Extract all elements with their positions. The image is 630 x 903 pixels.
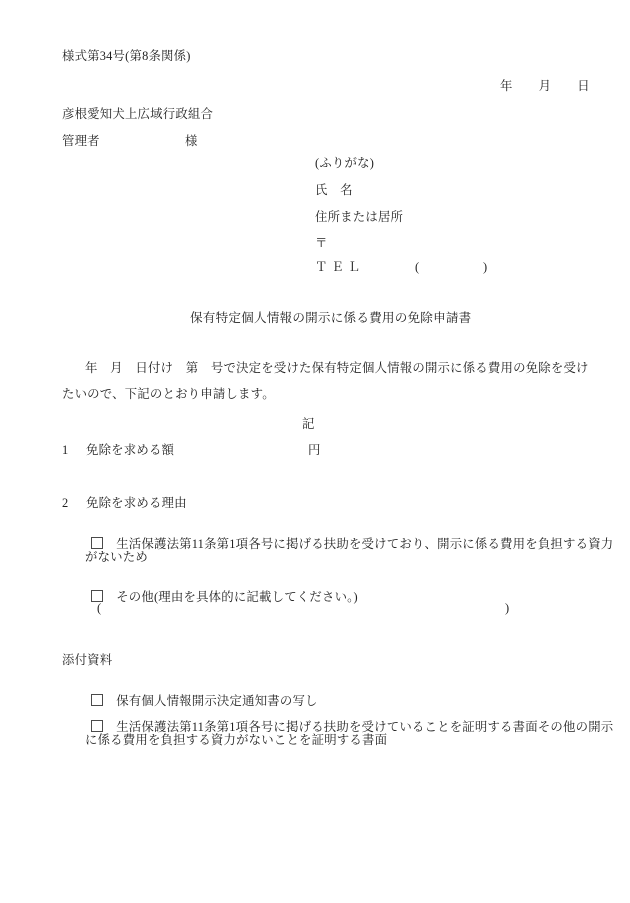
addressee-org: 彦根愛知犬上広域行政組合 (62, 107, 213, 121)
reason-detail-paren-close: ) (505, 601, 509, 615)
date-day-label: 日 (577, 79, 590, 93)
reason-option-welfare: 生活保護法第11条第1項各号に掲げる扶助を受けており、開示に係る費用を負担する資… (78, 523, 613, 565)
body-line-1: 年 月 日付け 第 号で決定を受けた保有特定個人情報の開示に係る費用の免除を受け (85, 361, 589, 375)
item1-label: 免除を求める額 (86, 443, 174, 457)
attachment-proof-text-line2: に係る費用を負担する資力がないことを証明する書面 (85, 733, 387, 747)
attachment-proof-text-line1: 生活保護法第11条第1項各号に掲げる扶助を受けていることを証明する書面その他の開… (116, 720, 613, 734)
tel-paren-close: ) (483, 260, 487, 274)
document-title: 保有特定個人情報の開示に係る費用の免除申請書 (190, 311, 471, 325)
form-number: 様式第34号(第8条関係) (62, 49, 191, 63)
address-label: 住所または居所 (315, 210, 403, 224)
other-reason-text: その他(理由を具体的に記載してください。) (116, 590, 358, 604)
addressee-role: 管理者 (62, 134, 100, 148)
item2-number: 2 (62, 496, 68, 510)
welfare-reason-text-line1: 生活保護法第11条第1項各号に掲げる扶助を受けており、開示に係る費用を負担する資… (116, 537, 613, 551)
furigana-label: (ふりがな) (315, 156, 374, 170)
name-label: 氏 名 (315, 183, 353, 197)
postal-mark: 〒 (315, 236, 328, 250)
checkbox-attachment-proof[interactable] (91, 720, 103, 732)
document-page: 様式第34号(第8条関係) 年 月 日 彦根愛知犬上広域行政組合 管理者 様 (… (0, 0, 630, 903)
welfare-reason-text-line2: がないため (85, 550, 148, 564)
item1-number: 1 (62, 443, 68, 457)
date-month-label: 月 (539, 79, 552, 93)
checkbox-attachment-notice-copy[interactable] (91, 694, 103, 706)
addressee-honorific: 様 (185, 134, 198, 148)
ki-mark: 記 (302, 417, 315, 431)
date-line: 年 月 日 (500, 79, 590, 93)
reason-option-other: その他(理由を具体的に記載してください。) (78, 576, 358, 618)
item2-label: 免除を求める理由 (86, 496, 187, 510)
tel-paren-open: ( (415, 260, 419, 274)
attachments-heading: 添付資料 (62, 653, 112, 667)
date-year-label: 年 (500, 79, 513, 93)
checkbox-welfare-reason[interactable] (91, 537, 103, 549)
reason-detail-paren-open: ( (97, 601, 101, 615)
body-line-2: たいので、下記のとおり申請します。 (62, 387, 275, 401)
tel-label: ＴＥＬ (315, 260, 364, 274)
item1-yen-label: 円 (308, 443, 321, 457)
